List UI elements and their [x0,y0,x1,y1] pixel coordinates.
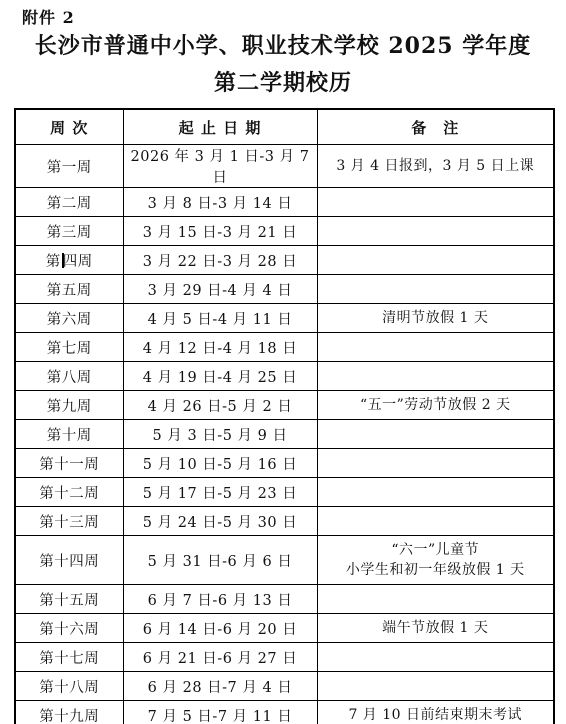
week-cell: 第十周 [15,420,123,449]
table-row: 第五周3 月 29 日-4 月 4 日 [15,275,554,304]
table-row: 第十四周5 月 31 日-6 月 6 日“六一”儿童节 小学生和初一年级放假 1… [15,536,554,585]
document-page: 附件 2 长沙市普通中小学、职业技术学校 2025 学年度 第二学期校历 周 次… [0,0,566,724]
page-title: 长沙市普通中小学、职业技术学校 2025 学年度 第二学期校历 [0,28,566,102]
dates-cell: 4 月 5 日-4 月 11 日 [123,304,317,333]
table-row: 第九周4 月 26 日-5 月 2 日“五一”劳动节放假 2 天 [15,391,554,420]
remark-cell [317,420,554,449]
week-cell: 第四周 [15,246,123,275]
week-cell: 第五周 [15,275,123,304]
remark-cell [317,478,554,507]
table-row: 第十周5 月 3 日-5 月 9 日 [15,420,554,449]
week-cell: 第十六周 [15,614,123,643]
attachment-label: 附件 2 [22,5,75,28]
dates-cell: 5 月 24 日-5 月 30 日 [123,507,317,536]
dates-cell: 6 月 21 日-6 月 27 日 [123,643,317,672]
week-cell: 第十七周 [15,643,123,672]
remark-cell [317,188,554,217]
dates-cell: 5 月 31 日-6 月 6 日 [123,536,317,585]
week-cell: 第十一周 [15,449,123,478]
table-row: 第十六周6 月 14 日-6 月 20 日端午节放假 1 天 [15,614,554,643]
dates-cell: 3 月 8 日-3 月 14 日 [123,188,317,217]
week-cell: 第十二周 [15,478,123,507]
table-row: 第七周4 月 12 日-4 月 18 日 [15,333,554,362]
remark-cell: 端午节放假 1 天 [317,614,554,643]
table-row: 第二周3 月 8 日-3 月 14 日 [15,188,554,217]
table-row: 第六周4 月 5 日-4 月 11 日清明节放假 1 天 [15,304,554,333]
week-cell: 第三周 [15,217,123,246]
week-cell: 第十四周 [15,536,123,585]
remark-cell [317,507,554,536]
remark-cell: “五一”劳动节放假 2 天 [317,391,554,420]
dates-cell: 6 月 28 日-7 月 4 日 [123,672,317,701]
remark-cell: 7 月 10 日前结束期末考试 [317,701,554,724]
dates-cell: 3 月 22 日-3 月 28 日 [123,246,317,275]
remark-cell [317,362,554,391]
column-header-dates: 起 止 日 期 [123,109,317,145]
remark-cell [317,246,554,275]
table-row: 第十三周5 月 24 日-5 月 30 日 [15,507,554,536]
page-title-line2: 第二学期校历 [0,65,566,102]
column-header-week: 周 次 [15,109,123,145]
remark-cell [317,643,554,672]
dates-cell: 5 月 17 日-5 月 23 日 [123,478,317,507]
week-cell: 第十八周 [15,672,123,701]
table-row: 第十八周6 月 28 日-7 月 4 日 [15,672,554,701]
remark-cell [317,585,554,614]
column-header-note: 备 注 [317,109,554,145]
text-cursor-icon [62,253,64,268]
table-row: 第十九周7 月 5 日-7 月 11 日7 月 10 日前结束期末考试 [15,701,554,724]
dates-cell: 7 月 5 日-7 月 11 日 [123,701,317,724]
remark-cell: 3 月 4 日报到，3 月 5 日上课 [317,145,554,188]
remark-cell [317,449,554,478]
remark-cell: “六一”儿童节 小学生和初一年级放假 1 天 [317,536,554,585]
school-calendar-table: 周 次 起 止 日 期 备 注 第一周2026 年 3 月 1 日-3 月 7 … [14,108,555,724]
week-cell: 第一周 [15,145,123,188]
week-cell: 第六周 [15,304,123,333]
remark-cell [317,672,554,701]
dates-cell: 5 月 3 日-5 月 9 日 [123,420,317,449]
week-cell: 第十九周 [15,701,123,724]
week-cell: 第二周 [15,188,123,217]
week-cell: 第八周 [15,362,123,391]
table-header-row: 周 次 起 止 日 期 备 注 [15,109,554,145]
table-row: 第四周3 月 22 日-3 月 28 日 [15,246,554,275]
table-row: 第一周2026 年 3 月 1 日-3 月 7 日3 月 4 日报到，3 月 5… [15,145,554,188]
remark-cell [317,333,554,362]
dates-cell: 6 月 14 日-6 月 20 日 [123,614,317,643]
dates-cell: 5 月 10 日-5 月 16 日 [123,449,317,478]
dates-cell: 4 月 26 日-5 月 2 日 [123,391,317,420]
dates-cell: 4 月 12 日-4 月 18 日 [123,333,317,362]
remark-cell [317,275,554,304]
table-row: 第十一周5 月 10 日-5 月 16 日 [15,449,554,478]
week-cell: 第十三周 [15,507,123,536]
week-cell: 第十五周 [15,585,123,614]
table-row: 第八周4 月 19 日-4 月 25 日 [15,362,554,391]
remark-cell: 清明节放假 1 天 [317,304,554,333]
dates-cell: 3 月 29 日-4 月 4 日 [123,275,317,304]
table-row: 第十七周6 月 21 日-6 月 27 日 [15,643,554,672]
table-row: 第十二周5 月 17 日-5 月 23 日 [15,478,554,507]
dates-cell: 6 月 7 日-6 月 13 日 [123,585,317,614]
table-row: 第十五周6 月 7 日-6 月 13 日 [15,585,554,614]
week-cell: 第七周 [15,333,123,362]
table-row: 第三周3 月 15 日-3 月 21 日 [15,217,554,246]
dates-cell: 4 月 19 日-4 月 25 日 [123,362,317,391]
page-title-line1: 长沙市普通中小学、职业技术学校 2025 学年度 [0,28,566,65]
dates-cell: 2026 年 3 月 1 日-3 月 7 日 [123,145,317,188]
dates-cell: 3 月 15 日-3 月 21 日 [123,217,317,246]
week-cell: 第九周 [15,391,123,420]
remark-cell [317,217,554,246]
